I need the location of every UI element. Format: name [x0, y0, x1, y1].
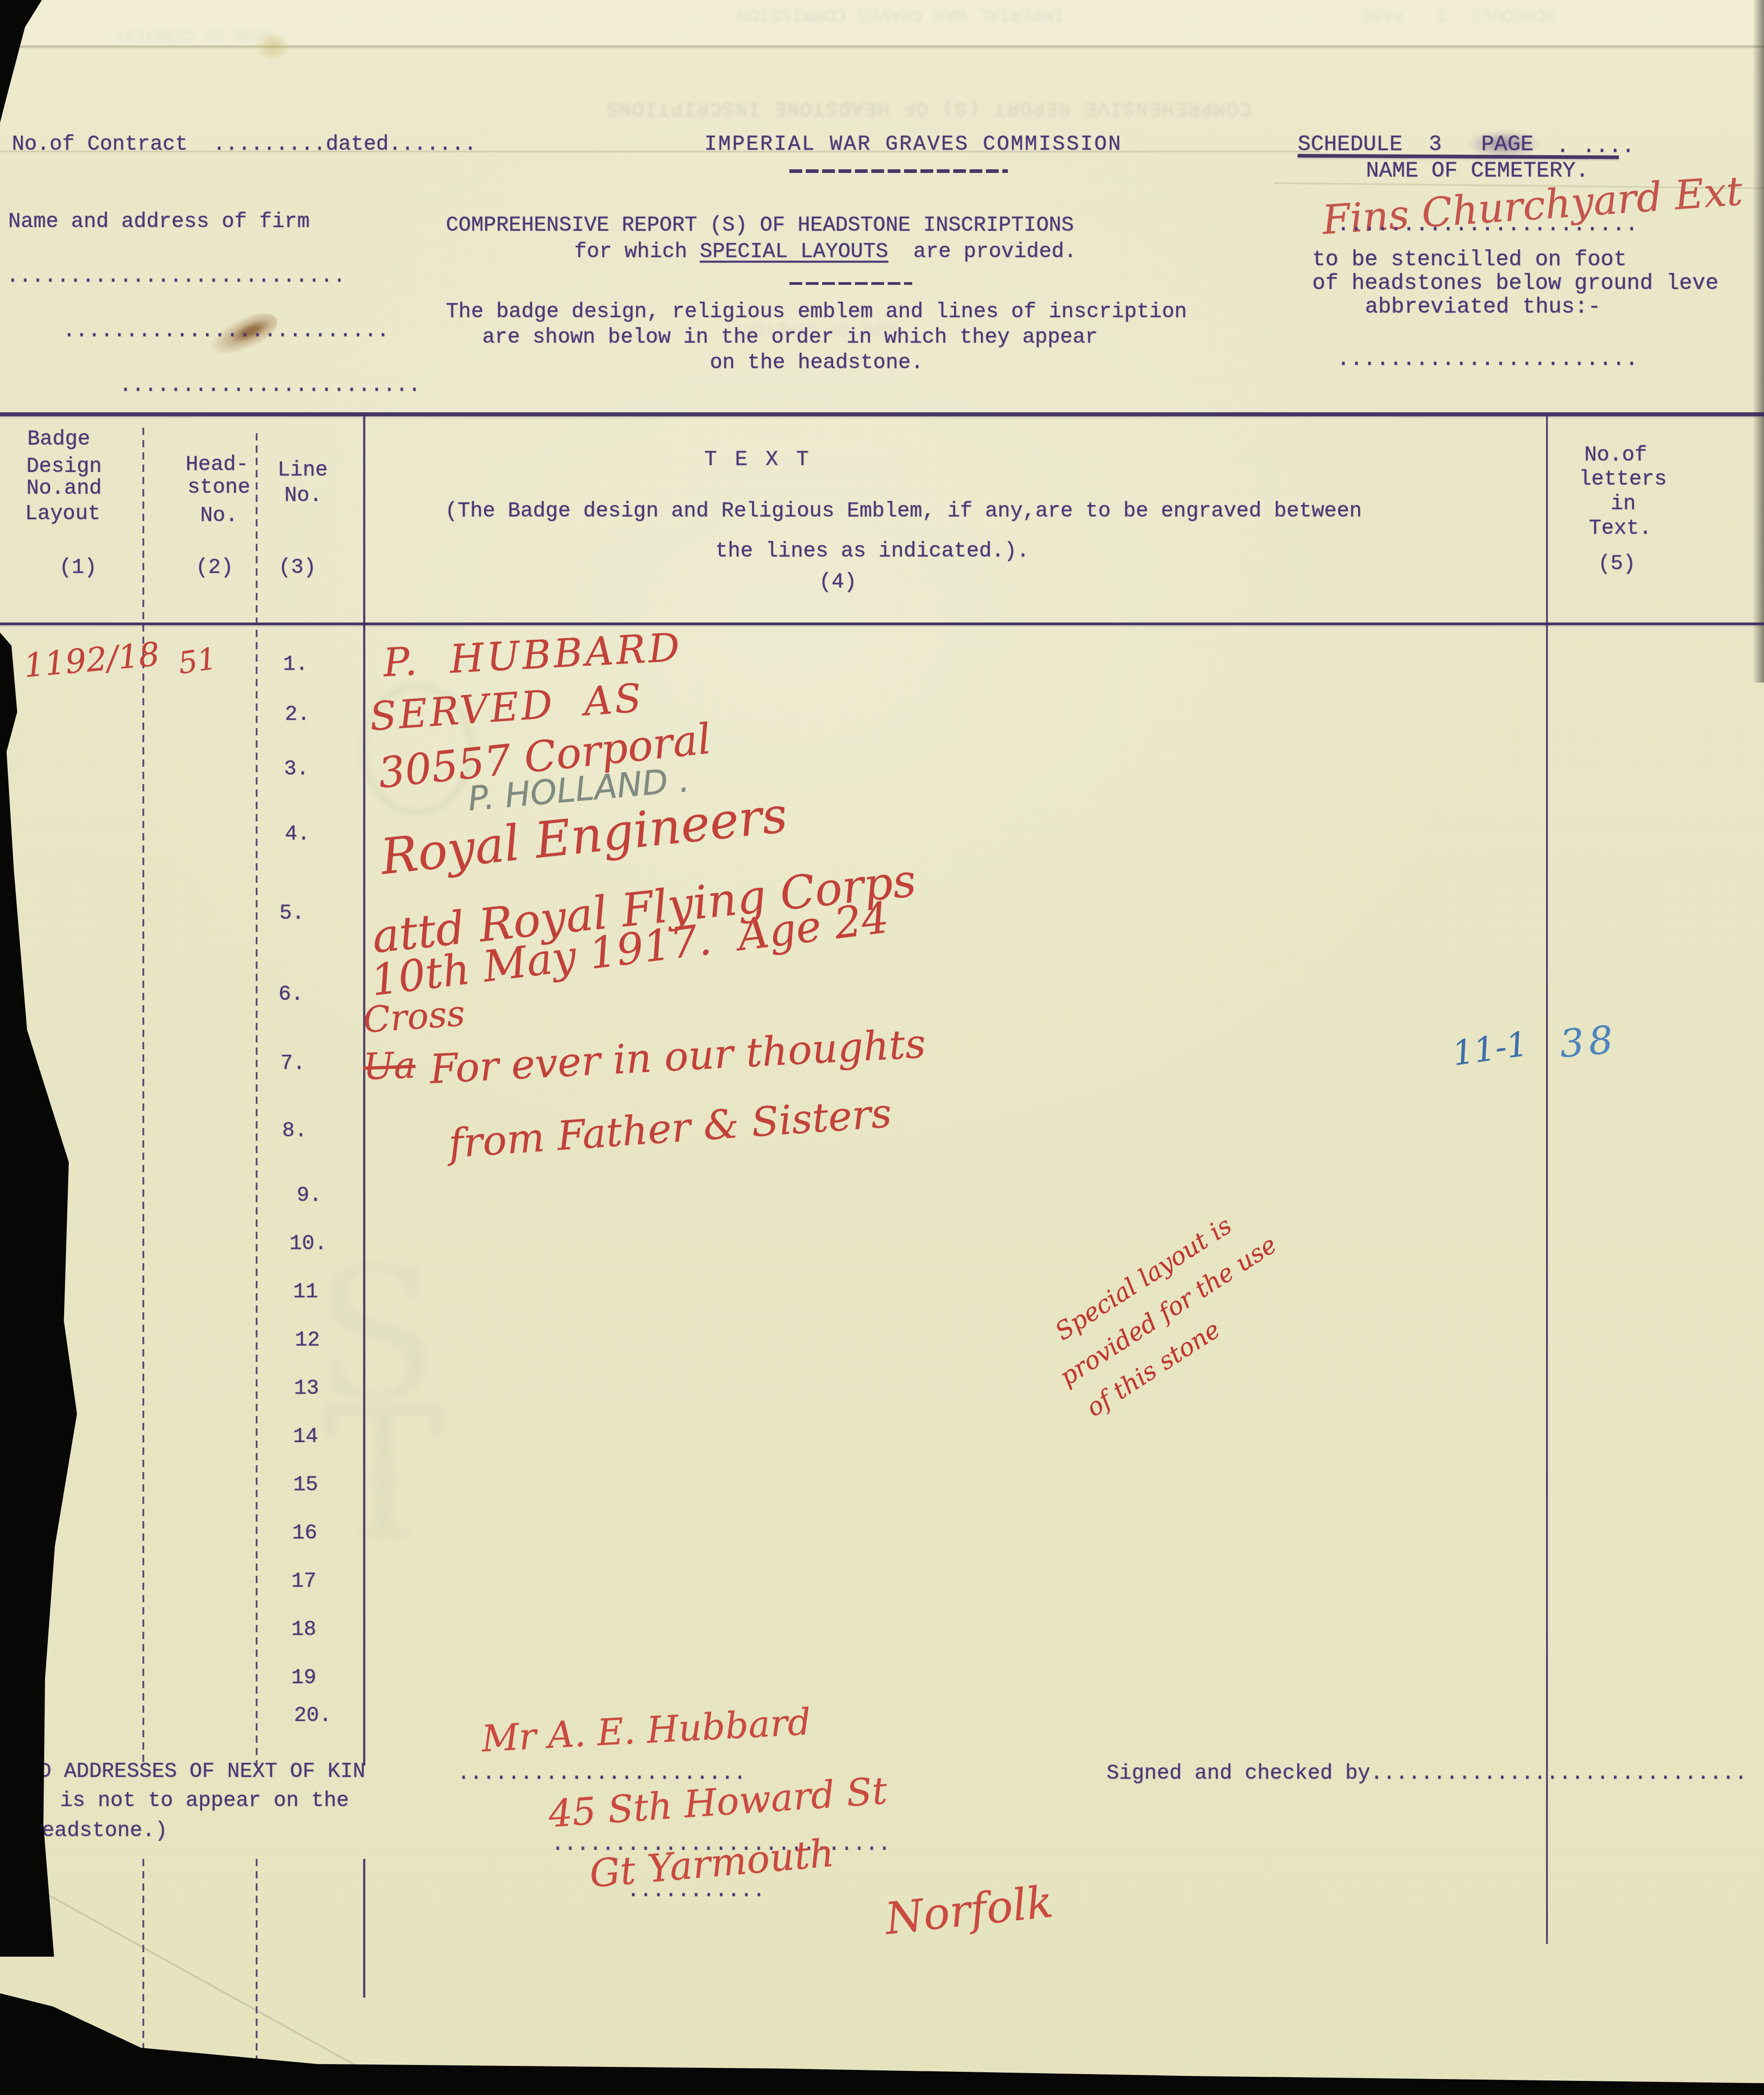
cemetery-label: NAME OF CEMETERY. [1366, 159, 1589, 183]
line-number: 17 [291, 1570, 316, 1593]
column-divider-3 [363, 415, 365, 1766]
line-number: 18 [291, 1618, 316, 1641]
stencil-note-line2: of headstones below ground leve [1312, 272, 1719, 296]
col5-header: No.of [1584, 444, 1647, 467]
line-number: 20. [294, 1704, 332, 1727]
dotted-rule: ........................ [119, 374, 421, 397]
col3-header: No. [284, 484, 322, 507]
line-number: 4. [285, 823, 310, 846]
badge-note-line3: on the headstone. [710, 351, 923, 374]
stencil-note-line1: to be stencilled on foot [1312, 248, 1627, 272]
col2-number: (2) [196, 556, 233, 579]
line-number: 15 [293, 1473, 318, 1497]
col4-note1: (The Badge design and Religious Emblem, … [445, 500, 1362, 523]
col5-header: in [1611, 492, 1636, 516]
line-number: 19 [291, 1666, 316, 1690]
badge-note-line1: The badge design, religious emblem and l… [446, 300, 1187, 324]
column-divider-1 [142, 428, 144, 1766]
line-number: 5. [279, 902, 304, 925]
small-dash-rule [789, 282, 912, 285]
column-divider-2 [256, 433, 258, 1766]
line-number: 7. [280, 1052, 305, 1075]
line-number: 13 [294, 1377, 319, 1400]
col2-header: Head- [186, 453, 248, 476]
schedule-line: SCHEDULE 3 PAGE [1298, 133, 1533, 157]
dotted-rule: ........... [627, 1879, 765, 1903]
dotted-rule: ....................... [1337, 348, 1638, 372]
dotted-rule: ....................... [1337, 213, 1638, 237]
report-heading-line1: COMPREHENSIVE REPORT (S) OF HEADSTONE IN… [446, 214, 1074, 237]
dotted-rule: ........................... [6, 265, 345, 288]
col2-header: No. [200, 504, 238, 527]
col1-number: (1) [59, 556, 97, 579]
nok-label-line1: AND ADDRESSES OF NEXT OF KIN [14, 1760, 365, 1783]
col3-number: (3) [278, 556, 316, 579]
report-emphasis: SPECIAL LAYOUTS [700, 240, 888, 263]
line-number: 1. [283, 653, 308, 676]
contract-field: No.of Contract .........dated....... [12, 133, 476, 156]
right-edge-shadow [1753, 0, 1764, 683]
table-top-border [0, 412, 1764, 416]
col5-header: letters [1579, 468, 1667, 491]
column-divider-2b [256, 1859, 258, 2075]
col4-note2: the lines as indicated.). [715, 540, 1029, 563]
dotted-rule: ....................... [457, 1762, 746, 1785]
org-title: IMPERIAL WAR GRAVES COMMISSION [704, 133, 1122, 156]
line-number: 6. [278, 983, 303, 1006]
column-divider-1b [142, 1859, 144, 2068]
column-divider-4 [1546, 415, 1548, 1944]
col5-number: (5) [1598, 552, 1636, 576]
stencil-note-line3: abbreviated thus:- [1365, 295, 1601, 319]
title-underline [789, 169, 1008, 173]
line-number: 3. [284, 758, 309, 781]
col1-header: No.and [26, 477, 102, 500]
inscription-line-7-struck: Ua [362, 1044, 416, 1088]
scanned-document: COMPREHENSIVE REPORT (S) OF HEADSTONE IN… [0, 0, 1764, 2095]
col4-number: (4) [819, 571, 857, 594]
line-number: 9. [297, 1184, 322, 1207]
headstone-no: 51 [176, 641, 219, 681]
col3-header: Line [278, 459, 328, 482]
report-for: for which [574, 240, 700, 263]
line-number: 14 [293, 1425, 318, 1448]
badge-note-line2: are shown below in the order in which th… [482, 326, 1098, 349]
report-heading-line2: for which SPECIAL LAYOUTS are provided. [574, 240, 1077, 263]
nok-label-line2: is not to appear on the [60, 1789, 349, 1812]
column-divider-3b [363, 1859, 365, 1998]
bleedthrough-letter: T [323, 1370, 445, 1581]
line-number: 11 [293, 1280, 318, 1304]
firm-label: Name and address of firm [8, 210, 310, 233]
bleedthrough-text: COMPREHENSIVE REPORT (S) OF HEADSTONE IN… [605, 96, 1251, 119]
emblem-note-cross: Cross [362, 993, 466, 1041]
col1-header: Badge [27, 428, 90, 451]
line-number: 12 [295, 1329, 320, 1352]
letters-count-value: 38 [1558, 1017, 1619, 1067]
signed-checked-field: Signed and checked by...................… [1107, 1762, 1747, 1785]
col2-header: stone [187, 476, 250, 499]
dotted-rule: .......................... [63, 319, 389, 343]
col4-title: T E X T [704, 448, 811, 471]
col1-header: Design [26, 455, 102, 478]
col1-header: Layout [25, 502, 101, 526]
paper-stain [255, 32, 291, 61]
line-number: 10. [289, 1232, 327, 1255]
line-number: 8. [282, 1119, 307, 1143]
col5-header: Text. [1589, 517, 1652, 540]
report-tail: are provided. [888, 240, 1077, 263]
nok-label-line3: eadstone.) [42, 1819, 167, 1842]
line-number: 2. [285, 703, 310, 726]
table-header-border [0, 622, 1764, 625]
line-number: 16 [292, 1522, 317, 1545]
